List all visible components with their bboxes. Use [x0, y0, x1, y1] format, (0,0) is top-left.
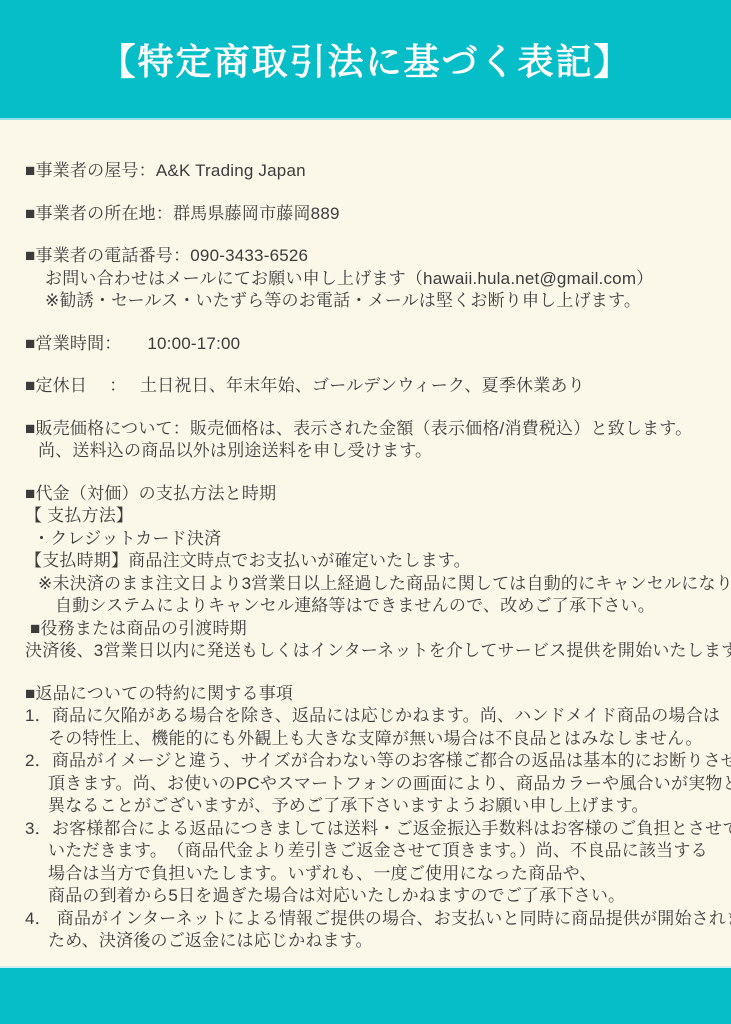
text-line: ■定休日 ： 土日祝日、年末年始、ゴールデンウィーク、夏季休業あり: [25, 375, 706, 398]
text-line: ■代金（対価）の支払方法と時期: [25, 483, 706, 506]
text-line: 場合は当方で負担いたします。いずれも、一度ご使用になった商品や、: [25, 863, 706, 886]
text-line: 自動システムによりキャンセル連絡等はできませんので、改めご了承下さい。: [25, 595, 706, 618]
text-line: 【支払時期】商品注文時点でお支払いが確定いたします。: [25, 550, 706, 573]
section-payment: ■代金（対価）の支払方法と時期【 支払方法】・クレジットカード決済【支払時期】商…: [25, 483, 706, 663]
section-holidays: ■定休日 ： 土日祝日、年末年始、ゴールデンウィーク、夏季休業あり: [25, 375, 706, 398]
text-line: 異なることがございますが、予めご了承下さいますようお願い申し上げます。: [25, 795, 706, 818]
section-business-phone: ■事業者の電話番号：090-3433-6526お問い合わせはメールにてお願い申し…: [25, 245, 706, 313]
content-sections: ■事業者の屋号：A&K Trading Japan■事業者の所在地：群馬県藤岡市…: [0, 122, 731, 966]
text-line: ■返品についての特約に関する事項: [25, 683, 706, 706]
section-business-name: ■事業者の屋号：A&K Trading Japan: [25, 160, 706, 183]
text-line: その特性上、機能的にも外観上も大きな支障が無い場合は不良品とはみなしません。: [25, 728, 706, 751]
text-line: 決済後、3営業日以内に発送もしくはインターネットを介してサービス提供を開始いたし…: [25, 640, 706, 663]
text-line: ■事業者の所在地：群馬県藤岡市藤岡889: [25, 203, 706, 226]
text-line: 3．お客様都合による返品につきましては送料・ご返金振込手数料はお客様のご負担とさ…: [25, 818, 706, 841]
legal-notice-page: 【特定商取引法に基づく表記】 ■事業者の屋号：A&K Trading Japan…: [0, 0, 731, 1024]
text-line: ため、決済後のご返金には応じかねます。: [25, 930, 706, 953]
text-line: 1．商品に欠陥がある場合を除き、返品には応じかねます。尚、ハンドメイド商品の場合…: [25, 705, 706, 728]
section-returns-policy: ■返品についての特約に関する事項1．商品に欠陥がある場合を除き、返品には応じかね…: [25, 683, 706, 953]
text-line: ■事業者の電話番号：090-3433-6526: [25, 245, 706, 268]
text-line: ■販売価格について：販売価格は、表示された金額（表示価格/消費税込）と致します。: [25, 418, 706, 441]
text-line: ※未決済のまま注文日より3営業日以上経過した商品に関しては自動的にキャンセルにな…: [25, 573, 706, 596]
text-line: 【 支払方法】: [25, 505, 706, 528]
page-footer: [0, 966, 731, 1024]
text-line: 2．商品がイメージと違う、サイズが合わない等のお客様ご都合の返品は基本的にお断り…: [25, 750, 706, 773]
text-line: お問い合わせはメールにてお願い申し上げます（hawaii.hula.net@gm…: [25, 268, 706, 291]
text-line: ・クレジットカード決済: [25, 528, 706, 551]
section-pricing: ■販売価格について：販売価格は、表示された金額（表示価格/消費税込）と致します。…: [25, 418, 706, 463]
section-business-address: ■事業者の所在地：群馬県藤岡市藤岡889: [25, 203, 706, 226]
text-line: いただきます。 （商品代金より差引きご返金させて頂きます。）尚、不良品に該当する: [25, 840, 706, 863]
text-line: 4． 商品がインターネットによる情報ご提供の場合、お支払いと同時に商品提供が開始…: [25, 908, 706, 931]
text-line: 尚、送料込の商品以外は別途送料を申し受けます。: [25, 440, 706, 463]
text-line: ■事業者の屋号：A&K Trading Japan: [25, 160, 706, 183]
text-line: ※勧誘・セールス・いたずら等のお電話・メールは堅くお断り申し上げます。: [25, 290, 706, 313]
text-line: ■役務または商品の引渡時期: [25, 618, 706, 641]
text-line: 商品の到着から5日を過ぎた場合は対応いたしかねますのでご了承下さい。: [25, 885, 706, 908]
text-line: ■営業時間： 10:00-17:00: [25, 333, 706, 356]
page-title: 【特定商取引法に基づく表記】: [99, 34, 631, 85]
page-header: 【特定商取引法に基づく表記】: [0, 0, 731, 120]
text-line: 頂きます。尚、お使いのPCやスマートフォンの画面により、商品カラーや風合いが実物…: [25, 773, 706, 796]
section-business-hours: ■営業時間： 10:00-17:00: [25, 333, 706, 356]
